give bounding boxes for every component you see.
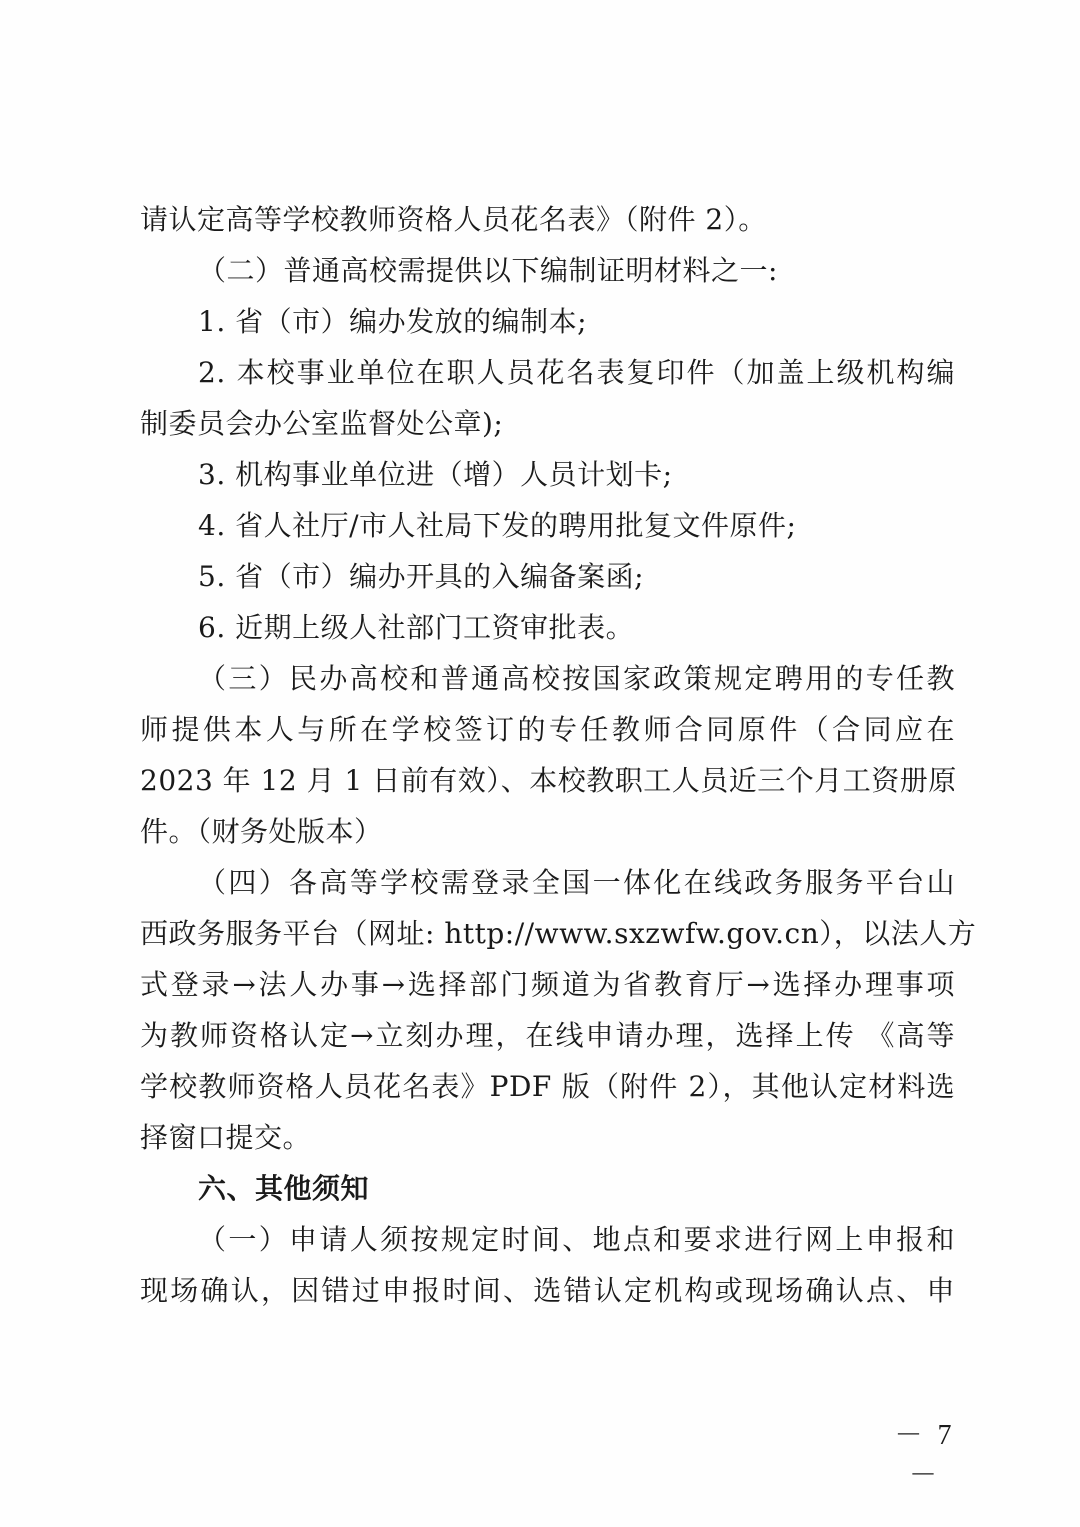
document-page: 请认定高等学校教师资格人员花名表》（附件 2）。 （二）普通高校需提供以下编制证… — [0, 0, 1080, 1527]
section-6-item-1-line-1: （一）申请人须按规定时间、地点和要求进行网上申报和 — [198, 1220, 955, 1260]
list-item-3: 3. 机构事业单位进（增）人员计划卡; — [198, 455, 955, 495]
subsection-4-line-2-with-url: 西政务服务平台（网址: http://www.sxzwfw.gov.cn），以法… — [140, 914, 955, 954]
page-number: － 7 － — [880, 1416, 970, 1456]
subsection-3-line-4: 件。（财务处版本） — [140, 812, 955, 852]
subsection-4-line-5: 学校教师资格人员花名表》PDF 版（附件 2），其他认定材料选 — [140, 1067, 955, 1107]
section-6-item-1-line-2: 现场确认，因错过申报时间、选错认定机构或现场确认点、申 — [140, 1271, 955, 1311]
list-item-6: 6. 近期上级人社部门工资审批表。 — [198, 608, 955, 648]
subsection-3-line-2: 师提供本人与所在学校签订的专任教师合同原件（合同应在 — [140, 710, 955, 750]
subsection-4-line-6: 择窗口提交。 — [140, 1118, 955, 1158]
subsection-4-line-4: 为教师资格认定→立刻办理，在线申请办理，选择上传 《高等 — [140, 1016, 955, 1056]
subsection-3-line-1: （三）民办高校和普通高校按国家政策规定聘用的专任教 — [198, 659, 955, 699]
list-item-5: 5. 省（市）编办开具的入编备案函; — [198, 557, 955, 597]
subsection-4-line-3: 式登录→法人办事→选择部门频道为省教育厅→选择办理事项 — [140, 965, 955, 1005]
list-item-4: 4. 省人社厅/市人社局下发的聘用批复文件原件; — [198, 506, 955, 546]
subsection-3-line-3: 2023 年 12 月 1 日前有效）、本校教职工人员近三个月工资册原 — [140, 761, 955, 801]
list-item-1: 1. 省（市）编办发放的编制本; — [198, 302, 955, 342]
text-line-continuation-appendix2: 请认定高等学校教师资格人员花名表》（附件 2）。 — [140, 200, 955, 240]
list-item-2-line-2: 制委员会办公室监督处公章); — [140, 404, 955, 444]
subsection-4-line-1: （四）各高等学校需登录全国一体化在线政务服务平台山 — [198, 863, 955, 903]
subsection-2-heading: （二）普通高校需提供以下编制证明材料之一: — [198, 251, 955, 291]
list-item-2-line-1: 2. 本校事业单位在职人员花名表复印件（加盖上级机构编 — [198, 353, 955, 393]
section-6-heading: 六、其他须知 — [198, 1169, 955, 1209]
